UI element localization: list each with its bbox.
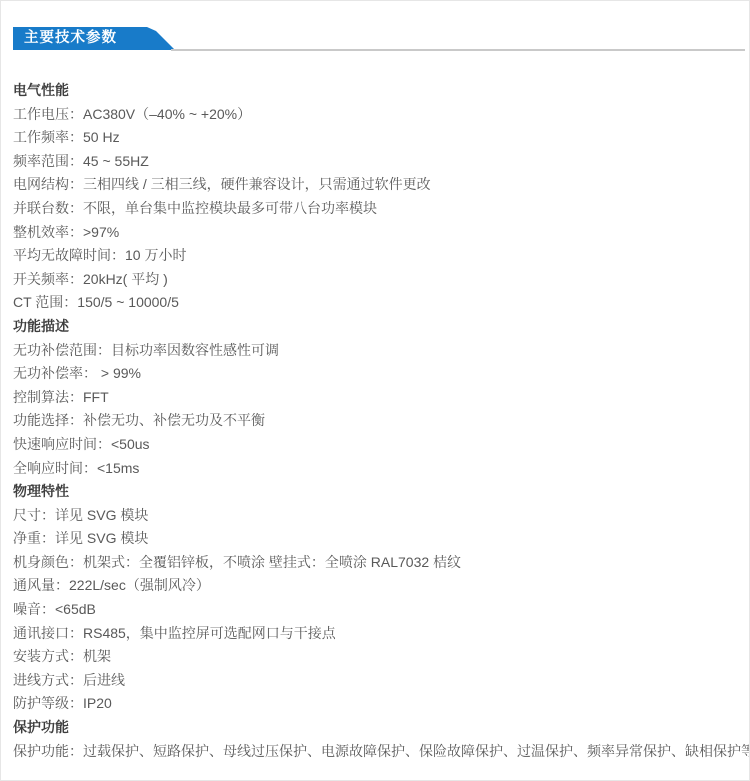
spec-row: 整机效率：>97%	[13, 221, 739, 245]
spec-row: 保护功能：过载保护、短路保护、母线过压保护、电源故障保护、保险故障保护、过温保护…	[13, 740, 739, 764]
spec-row: 电网结构：三相四线 / 三相三线，硬件兼容设计，只需通过软件更改	[13, 173, 739, 197]
spec-row: 尺寸：详见 SVG 模块	[13, 504, 739, 528]
spec-row: 通讯接口：RS485，集中监控屏可选配网口与干接点	[13, 622, 739, 646]
spec-row: 无功补偿范围：目标功率因数容性感性可调	[13, 339, 739, 363]
spec-sheet-page: 主要技术参数 电气性能工作电压：AC380V（–40% ~ +20%）工作频率：…	[0, 0, 750, 781]
spec-row: 进线方式：后进线	[13, 669, 739, 693]
spec-row: 平均无故障时间：10 万小时	[13, 244, 739, 268]
spec-row: 并联台数：不限，单台集中监控模块最多可带八台功率模块	[13, 197, 739, 221]
section-title: 物理特性	[13, 480, 739, 504]
spec-row: 无功补偿率： > 99%	[13, 362, 739, 386]
section-title: 保护功能	[13, 716, 739, 740]
spec-row: 通风量：222L/sec（强制风冷）	[13, 574, 739, 598]
spec-row: 工作电压：AC380V（–40% ~ +20%）	[13, 103, 739, 127]
spec-row: 噪音：<65dB	[13, 598, 739, 622]
spec-row: 机身颜色：机架式：全覆铝锌板，不喷涂 壁挂式：全喷涂 RAL7032 桔纹	[13, 551, 739, 575]
spec-row: 工作频率：50 Hz	[13, 126, 739, 150]
section-title: 电气性能	[13, 79, 739, 103]
spec-row: 频率范围：45 ~ 55HZ	[13, 150, 739, 174]
section-title: 功能描述	[13, 315, 739, 339]
spec-row: 全响应时间：<15ms	[13, 457, 739, 481]
spec-row: 防护等级：IP20	[13, 692, 739, 716]
spec-row: CT 范围：150/5 ~ 10000/5	[13, 291, 739, 315]
spec-row: 安装方式：机架	[13, 645, 739, 669]
header-divider-rule	[171, 49, 745, 51]
section-header-tab: 主要技术参数	[13, 27, 175, 50]
spec-row: 控制算法：FFT	[13, 386, 739, 410]
spec-content: 电气性能工作电压：AC380V（–40% ~ +20%）工作频率：50 Hz频率…	[13, 79, 739, 763]
section-header-band: 主要技术参数	[13, 27, 745, 50]
spec-row: 净重：详见 SVG 模块	[13, 527, 739, 551]
spec-row: 快速响应时间：<50us	[13, 433, 739, 457]
spec-row: 开关频率：20kHz( 平均 )	[13, 268, 739, 292]
spec-row: 功能选择：补偿无功、补偿无功及不平衡	[13, 409, 739, 433]
